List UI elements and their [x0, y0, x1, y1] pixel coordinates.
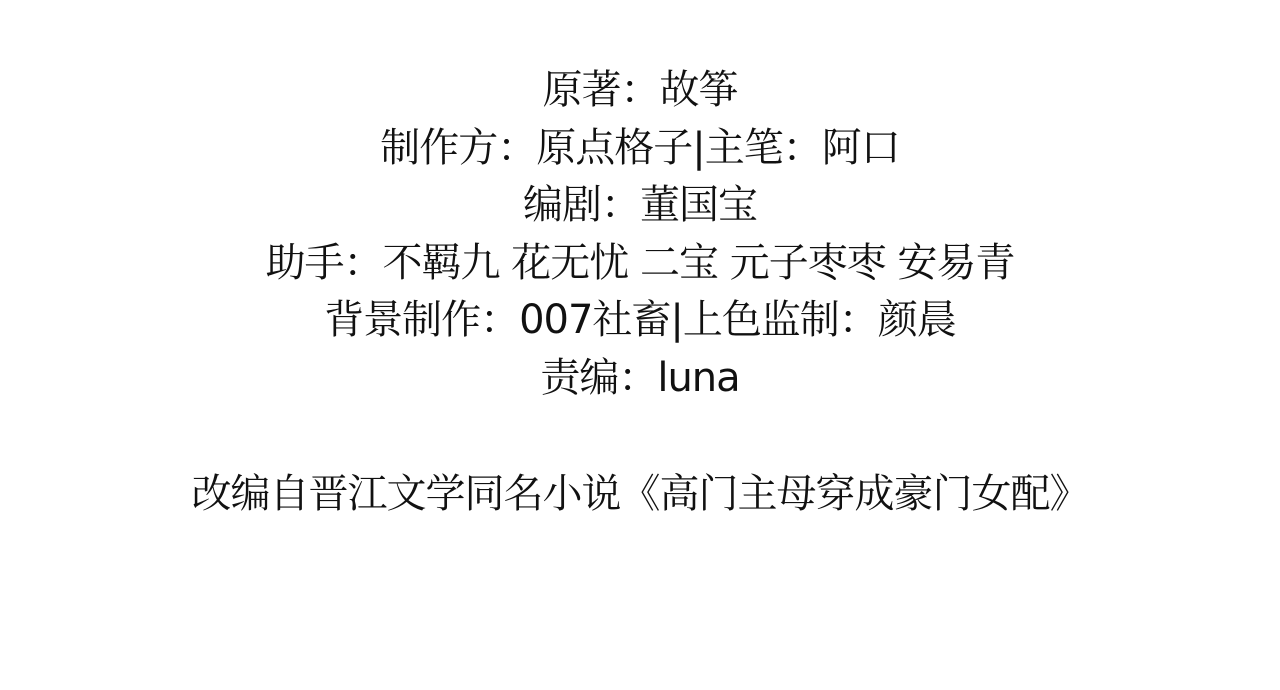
editor-line: 责编：luna	[0, 350, 1280, 408]
adaptation-note: 改编自晋江文学同名小说《高门主母穿成豪门女配》	[0, 466, 1280, 522]
credits-block: 原著：故筝 制作方：原点格子|主笔：阿口 编剧：董国宝 助手：不羁九 花无忧 二…	[0, 62, 1280, 407]
original-author-line: 原著：故筝	[0, 62, 1280, 120]
production-line: 制作方：原点格子|主笔：阿口	[0, 120, 1280, 178]
assistants-line: 助手：不羁九 花无忧 二宝 元子枣枣 安易青	[0, 235, 1280, 293]
background-coloring-line: 背景制作：007社畜|上色监制：颜晨	[0, 292, 1280, 350]
screenwriter-line: 编剧：董国宝	[0, 177, 1280, 235]
